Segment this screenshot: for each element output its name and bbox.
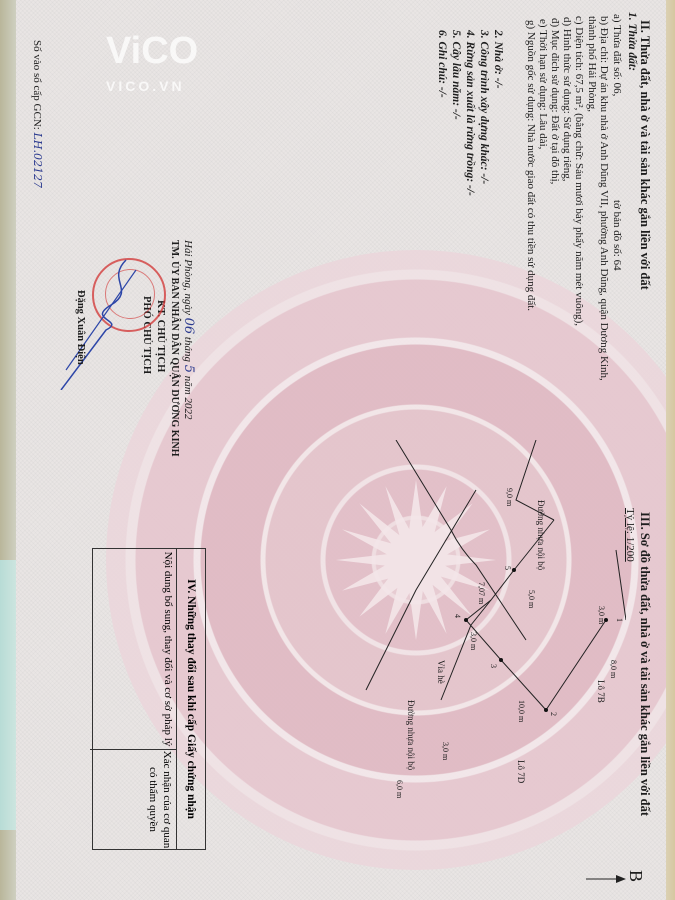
address-line1: b) Địa chỉ: Dự án khu nhà ở Anh Dũng VII… [598, 16, 610, 381]
point-1: 1 [615, 618, 624, 622]
section-iii-title: III. Sơ đồ thửa đất, nhà ở và tài sản kh… [637, 512, 652, 816]
house: 2. Nhà ở: -/- [492, 30, 504, 89]
production-forest: 4. Rừng sản xuất là rừng trồng: -/- [464, 30, 476, 196]
vico-site: VICO.VN [106, 78, 185, 94]
edge-4-5: 7,07 m [477, 582, 486, 604]
land-heading: 1. Thửa đất: [626, 12, 638, 71]
signature-stroke [56, 250, 146, 390]
perennial-trees: 5. Cây lâu năm: -/- [450, 30, 462, 120]
parcel-number: a) Thửa đất số: 06, [611, 14, 623, 96]
edge-1-2: 8,0 m [609, 660, 618, 678]
sidewalk: Vỉa hè [436, 660, 446, 684]
neighbor-7d: Lô 7D [516, 760, 526, 783]
point-4: 4 [453, 614, 462, 618]
neighbor-7b: Lô 7B [596, 680, 606, 703]
changes-col-content: Nội dung bổ sung, thay đổi và cơ sở pháp… [90, 549, 177, 750]
usage-term: e) Thời hạn sử dụng: Lâu dài, [537, 19, 549, 149]
area: c) Diện tích: 67,5 m², (bằng chữ: Sáu mư… [573, 16, 585, 326]
vico-logo: ViCO [106, 30, 198, 73]
sidewalk-width-1: 3,0 m [597, 606, 606, 624]
sidewalk-width-2: 3,0 m [441, 742, 450, 760]
road-width-2: 6,0 m [395, 780, 404, 798]
registry-number: Số vào sổ cấp GCN: LH.02127 [31, 40, 44, 188]
usage-purpose: đ) Mục đích sử dụng: Đất ở tại đô thị, [549, 18, 561, 184]
changes-col-confirmation: Xác nhận của cơ quan có thẩm quyền [90, 750, 177, 849]
edge-2-3: 10,0 m [517, 700, 526, 722]
address-line2: thành phố Hải Phòng, [586, 16, 598, 112]
land-certificate-page: II. Thửa đất, nhà ở và tài sản khác gắn … [16, 0, 666, 900]
changes-table: IV. Những thay đổi sau khi cấp Giấy chứn… [92, 548, 206, 850]
signing-date: Hải Phòng, ngày 06 tháng 5 năm 2022 [181, 240, 196, 419]
date-month: 5 [181, 365, 196, 373]
issuing-org: TM. ỦY BAN NHÂN DÂN QUẬN DƯƠNG KINH [169, 240, 180, 456]
signer-name: Đặng Xuân Điện [75, 290, 86, 365]
point-5: 5 [503, 566, 512, 570]
usage-form: d) Hình thức sử dụng: Sử dụng riêng, [561, 17, 573, 182]
road-width-1: 9,0 m [505, 488, 514, 506]
usage-origin: g) Nguồn gốc sử dụng: Nhà nước giao đất … [525, 20, 537, 311]
internal-road-2: Đường nhựa nội bộ [406, 700, 416, 770]
notes: 6. Ghi chú: -/- [436, 30, 448, 98]
section-iv-title: IV. Những thay đổi sau khi cấp Giấy chứn… [176, 549, 205, 849]
edge-3-4: 3,0 m [469, 632, 478, 650]
map-sheet-number: tờ bản đồ số: 64 [611, 200, 623, 271]
date-day: 06 [181, 318, 196, 335]
internal-road-1: Đường nhựa nội bộ [536, 500, 546, 570]
point-2: 2 [549, 712, 558, 716]
edge-5-1: 5,0 m [527, 590, 536, 608]
plot-diagram [326, 440, 626, 890]
north-label: B [625, 870, 646, 882]
point-3: 3 [489, 664, 498, 668]
other-construction: 3. Công trình xây dựng khác: -/- [478, 30, 490, 184]
section-ii-title: II. Thửa đất, nhà ở và tài sản khác gắn … [637, 20, 652, 290]
